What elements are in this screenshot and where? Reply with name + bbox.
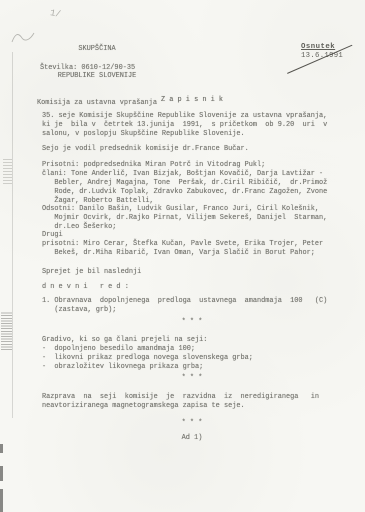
- para-absent: Odsotni: Danilo Bašin, Ludvik Gusilar, F…: [42, 205, 327, 232]
- scan-edge-mark: [0, 444, 3, 453]
- para-discussion-note: Razprava na seji komisije je razvidna iz…: [42, 393, 319, 411]
- scan-edge-mark: [0, 466, 3, 481]
- pencil-scribble-icon: [11, 30, 35, 46]
- para-others-present: Drugi prisotni: Miro Cerar, Štefka Kučan…: [42, 231, 323, 258]
- reference-number: Številka: 0610-12/90-35: [40, 64, 135, 73]
- para-chair: Sejo je vodil predsednik komisije dr.Fra…: [42, 145, 249, 154]
- margin-smudge-lower: [1, 311, 12, 350]
- doc-title: Z a p i s n i k: [42, 96, 342, 105]
- para-materials: Gradivo, ki so ga člani prejeli na seji:…: [42, 336, 253, 372]
- separator-2: * * *: [42, 374, 342, 383]
- para-adopted-intro: Sprejet je bil naslednji: [42, 268, 141, 277]
- para-session-intro: 35. seje Komisije Skupščine Republike Sl…: [42, 112, 327, 139]
- para-present: Prisotni: podpredsednika Miran Potrč in …: [42, 161, 327, 206]
- pencil-note: 1/: [49, 8, 61, 20]
- section-heading-ad1: Ad 1): [42, 434, 342, 443]
- agenda-item-1: 1. Obravnava dopolnjenega predloga ustav…: [42, 297, 327, 315]
- separator-1: * * *: [42, 318, 342, 327]
- scanned-document-page: 1/ SKUPŠČINA REPUBLIKE SLOVENIJE Komisij…: [0, 0, 365, 512]
- separator-3: * * *: [42, 419, 342, 428]
- letterhead-republic: REPUBLIKE SLOVENIJE: [35, 72, 159, 81]
- agenda-heading: d n e v n i r e d :: [42, 283, 129, 292]
- scan-edge-mark: [0, 489, 3, 512]
- margin-fold-line: [12, 52, 13, 418]
- letterhead-assembly: SKUPŠČINA: [35, 45, 159, 54]
- margin-smudge-upper: [3, 157, 12, 184]
